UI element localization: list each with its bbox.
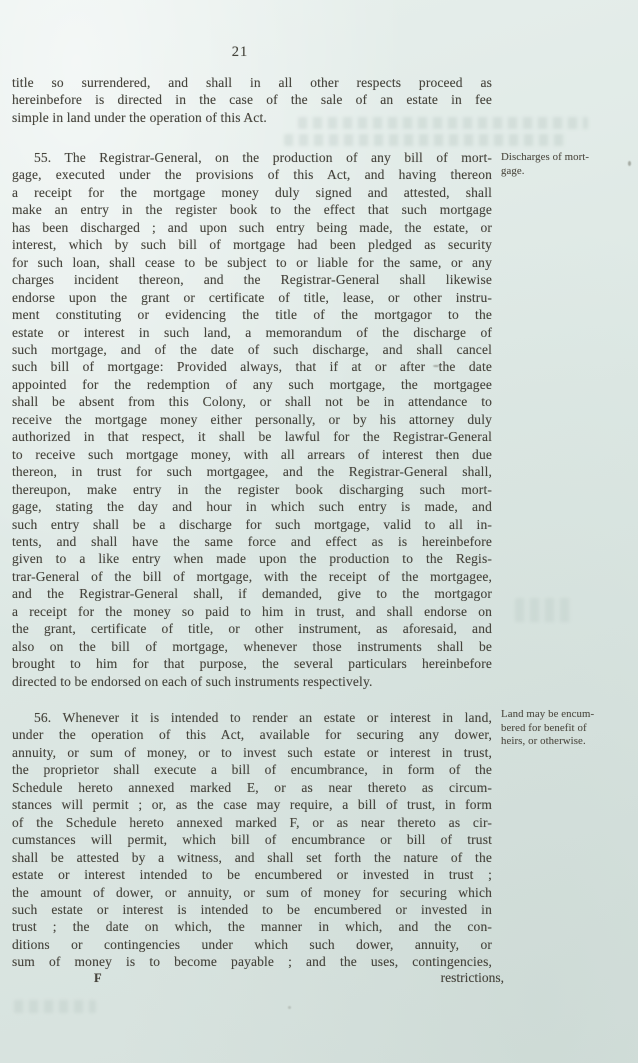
text-line: estate or interest in such land, a memor… [12,324,492,341]
text-line: such bill of mortgage: Provided always, … [12,358,492,375]
text-line: tents, and shall have the same force and… [12,533,492,550]
text-line: make an entry in the register book to th… [12,201,492,218]
text-line: estate or interest intended to be encumb… [12,866,492,883]
intro-paragraph: title so surrendered, and shall in all o… [12,74,492,126]
text-line: authorized in that respect, it shall be … [12,428,492,445]
text-line: to receive such mortgage money, with all… [12,446,492,463]
text-line: charges incident thereon, and the Regist… [12,271,492,288]
text-line: annuity, or sum of money, or to invest s… [12,744,492,761]
text-line: the grant, certificate of title, or othe… [12,620,492,637]
text-line: receive the mortgage money either person… [12,411,492,428]
printer-signature-mark: F [94,971,102,986]
text-line: shall be absent from this Colony, or sha… [12,393,492,410]
text-line: sum of money is to become payable ; and … [12,953,492,970]
text-line: such entry shall be a discharge for such… [12,516,492,533]
text-line: a receipt for the money so paid to him i… [12,603,492,620]
catchword: restrictions, [441,970,504,986]
section-56-paragraph: 56. Whenever it is intended to render an… [12,709,492,971]
text-line: trar-General of the bill of mortgage, wi… [12,568,492,585]
text-line: has been discharged ; and upon such entr… [12,219,492,236]
text-line: stances will permit ; or, as the case ma… [12,796,492,813]
text-line: bered for benefit of [501,722,633,736]
text-line: title so surrendered, and shall in all o… [12,74,492,91]
text-line: and the Registrar-General shall, if dema… [12,585,492,602]
text-line: hereinbefore is directed in the case of … [12,91,492,108]
text-line: also on the bill of mortgage, whenever t… [12,638,492,655]
text-line: 56. Whenever it is intended to render an… [12,709,492,726]
page-number: 21 [208,44,272,61]
text-line: directed to be endorsed on each of such … [12,673,492,690]
text-line: simple in land under the operation of th… [12,109,492,126]
text-line: shall be attested by a witness, and shal… [12,849,492,866]
margin-note-discharges-of-mortgage: Discharges of mort-gage. [501,151,633,178]
text-line: gage. [501,165,633,179]
ink-speck [288,1006,291,1009]
section-55-paragraph: 55. The Registrar-General, on the produc… [12,149,492,690]
text-line: interest, which by such bill of mortgage… [12,236,492,253]
text-line: such estate or interest is intended to b… [12,901,492,918]
text-line: brought to him for that purpose, the sev… [12,655,492,672]
footer-line: F restrictions, [12,970,504,988]
text-line: trust ; the date on which, the manner in… [12,918,492,935]
text-line: given to a like entry when made upon the… [12,550,492,567]
text-line: for such loan, shall cease to be subject… [12,254,492,271]
text-line: such mortgage, and of the date of such d… [12,341,492,358]
bleed-through-smudge [14,1000,96,1013]
text-line: of the Schedule hereto annexed marked F,… [12,814,492,831]
text-line: the proprietor shall execute a bill of e… [12,761,492,778]
text-line: endorse upon the grant or certificate of… [12,289,492,306]
text-line: 55. The Registrar-General, on the produc… [12,149,492,166]
text-line: under the operation of this Act, availab… [12,726,492,743]
text-line: Land may be encum- [501,708,633,722]
text-line: Schedule hereto annexed marked E, or as … [12,779,492,796]
text-line: cumstances will permit, which bill of en… [12,831,492,848]
text-line: the amount of dower, or annuity, or sum … [12,884,492,901]
text-line: a receipt for the mortgage money duly si… [12,184,492,201]
bleed-through-smudge [515,598,573,622]
text-line: Discharges of mort- [501,151,633,165]
text-line: ditions or contingencies under which suc… [12,936,492,953]
scanned-document-page: 21 title so surrendered, and shall in al… [0,0,638,1063]
text-line: gage, stating the day and hour in which … [12,498,492,515]
text-line: thereupon, make entry in the register bo… [12,481,492,498]
text-line: heirs, or otherwise. [501,735,633,749]
margin-note-land-encumbered: Land may be encum-bered for benefit ofhe… [501,708,633,749]
bleed-through-smudge [284,134,566,146]
text-line: appointed for the redemption of any such… [12,376,492,393]
text-line: ment constituting or evidencing the titl… [12,306,492,323]
text-line: thereon, in trust for such mortgagee, an… [12,463,492,480]
text-line: gage, executed under the provisions of t… [12,166,492,183]
